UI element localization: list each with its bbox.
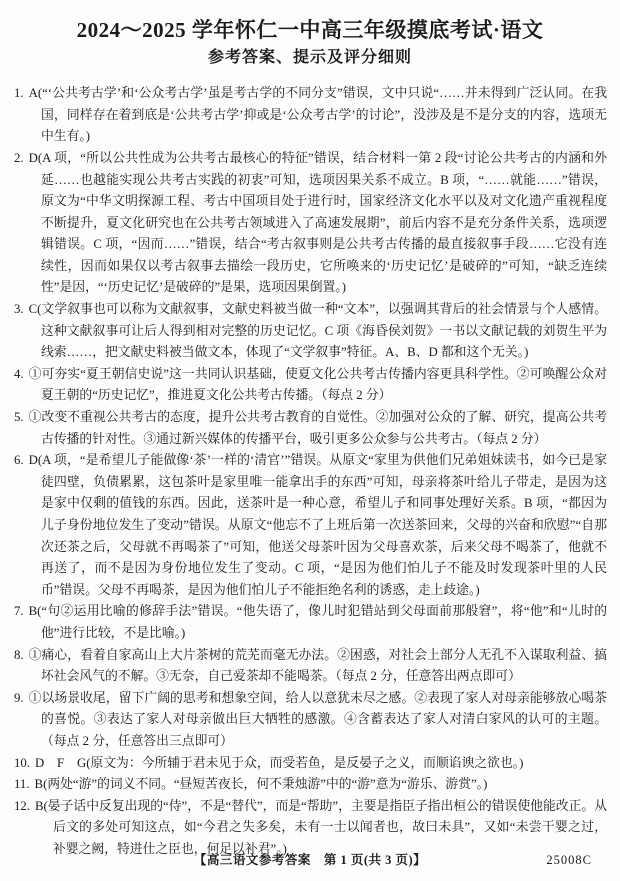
answer-item: 5.①改变不重视公共考古的态度，提升公共考古教育的自觉性。②加强对公众的了解、研… bbox=[14, 407, 607, 450]
footer-page-label: 【高三语文参考答案 第 1 页(共 3 页)】 bbox=[0, 851, 620, 869]
answer-text: D F G(原文为：今所辅于君未见于众，而受若鱼，是反晏子之义，而顺谄谀之欲也。… bbox=[35, 756, 523, 770]
document-header: 2024～2025 学年怀仁一中高三年级摸底考试·语文 参考答案、提示及评分细则 bbox=[0, 0, 620, 69]
answer-number: 2. bbox=[14, 151, 29, 165]
answer-item: 10.D F G(原文为：今所辅于君未见于众，而受若鱼，是反晏子之义，而顺谄谀之… bbox=[14, 753, 607, 775]
page-title: 2024～2025 学年怀仁一中高三年级摸底考试·语文 bbox=[0, 16, 620, 44]
answer-item: 4.①可夯实“夏王朝信史说”这一共同认识基础，使夏文化公共考古传播内容更具科学性… bbox=[14, 364, 607, 407]
answer-text: B(“句②运用比喻的修辞手法”错误。“他失语了，像儿时犯错站到父母面前那般窘”，… bbox=[29, 604, 607, 640]
document-footer: 【高三语文参考答案 第 1 页(共 3 页)】 25008C bbox=[0, 851, 620, 869]
answer-text: D(A 项，“所以公共性成为公共考古最核心的特征”错误，结合材料一第 2 段“讨… bbox=[29, 151, 607, 295]
answer-text: D(A 项，“是希望儿子能做像‘茶’一样的‘清官’”错误。从原文“家里为供他们兄… bbox=[29, 453, 607, 597]
answer-item: 9.①以场景收尾，留下广阔的思考和想象空间，给人以意犹未尽之感。②表现了家人对母… bbox=[14, 688, 607, 753]
answer-text: ①可夯实“夏王朝信史说”这一共同认识基础，使夏文化公共考古传播内容更具科学性。②… bbox=[29, 367, 607, 403]
answer-number: 8. bbox=[14, 648, 29, 662]
document-page: 2024～2025 学年怀仁一中高三年级摸底考试·语文 参考答案、提示及评分细则… bbox=[0, 0, 620, 881]
answer-text: C(文学叙事也可以称为文献叙事，文献史料被当做一种“文本”，以强调其背后的社会情… bbox=[29, 302, 607, 359]
answer-text: ①以场景收尾，留下广阔的思考和想象空间，给人以意犹未尽之感。②表现了家人对母亲能… bbox=[29, 691, 607, 748]
answer-item: 11.B(两处“游”的词义不同。“昼短苦夜长，何不秉烛游”中的“游”意为“游乐、… bbox=[14, 774, 607, 796]
answer-number: 9. bbox=[14, 691, 29, 705]
answer-item: 3.C(文学叙事也可以称为文献叙事，文献史料被当做一种“文本”，以强调其背后的社… bbox=[14, 299, 607, 364]
answer-text: A(“‘公共考古学’和‘公众考古学’虽是考古学的不同分支”错误，文中只说“……并… bbox=[29, 86, 607, 143]
answer-number: 11. bbox=[14, 777, 35, 791]
answer-number: 12. bbox=[14, 799, 35, 813]
answer-list: 1.A(“‘公共考古学’和‘公众考古学’虽是考古学的不同分支”错误，文中只说“…… bbox=[0, 83, 620, 860]
answer-number: 3. bbox=[14, 302, 29, 316]
answer-number: 6. bbox=[14, 453, 29, 467]
answer-number: 1. bbox=[14, 86, 29, 100]
answer-item: 2.D(A 项，“所以公共性成为公共考古最核心的特征”错误，结合材料一第 2 段… bbox=[14, 148, 607, 299]
answer-text: B(晏子话中反复出现的“侍”，不是“替代”，而是“帮助”，主要是指臣子指出桓公的… bbox=[35, 799, 607, 856]
answer-text: ①改变不重视公共考古的态度，提升公共考古教育的自觉性。②加强对公众的了解、研究，… bbox=[29, 410, 607, 446]
answer-item: 8.①痛心，看着自家高山上大片茶树的荒芜而毫无办法。②困惑，对社会上部分人无孔不… bbox=[14, 645, 607, 688]
footer-paper-code: 25008C bbox=[546, 851, 592, 869]
answer-number: 10. bbox=[14, 756, 35, 770]
answer-number: 4. bbox=[14, 367, 29, 381]
answer-item: 6.D(A 项，“是希望儿子能做像‘茶’一样的‘清官’”错误。从原文“家里为供他… bbox=[14, 450, 607, 601]
answer-number: 5. bbox=[14, 410, 29, 424]
answer-item: 7.B(“句②运用比喻的修辞手法”错误。“他失语了，像儿时犯错站到父母面前那般窘… bbox=[14, 601, 607, 644]
answer-text: B(两处“游”的词义不同。“昼短苦夜长，何不秉烛游”中的“游”意为“游乐、游赏”… bbox=[35, 777, 488, 791]
answer-item: 1.A(“‘公共考古学’和‘公众考古学’虽是考古学的不同分支”错误，文中只说“…… bbox=[14, 83, 607, 148]
answer-text: ①痛心，看着自家高山上大片茶树的荒芜而毫无办法。②困惑，对社会上部分人无孔不入谋… bbox=[29, 648, 607, 684]
answer-number: 7. bbox=[14, 604, 29, 618]
page-subtitle: 参考答案、提示及评分细则 bbox=[0, 48, 620, 69]
